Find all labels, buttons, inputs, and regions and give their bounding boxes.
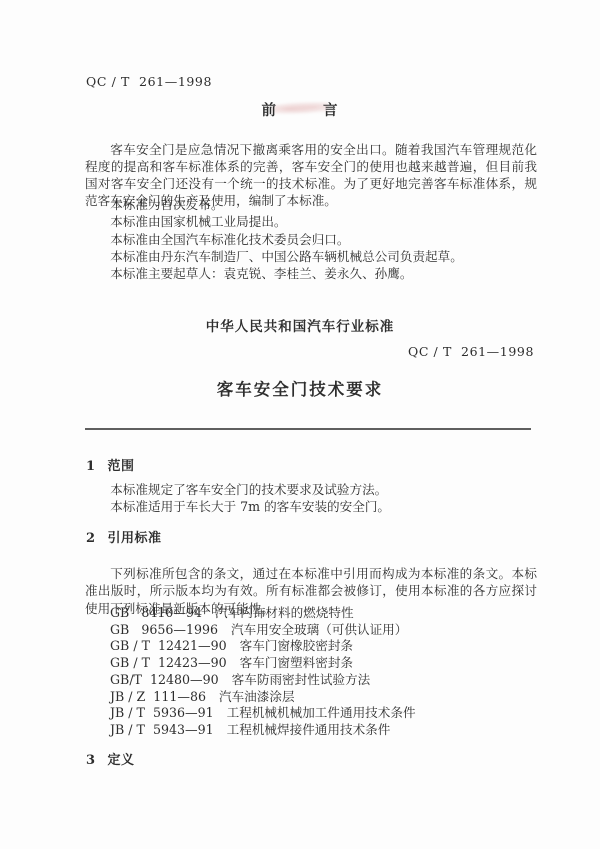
- section-number: 1: [86, 459, 96, 474]
- section-scope-body: 本标准规定了客车安全门的技术要求及试验方法。 本标准适用于车长大于 7m 的客车…: [85, 481, 537, 516]
- standard-org-title: 中华人民共和国汽车行业标准: [0, 315, 600, 335]
- standard-code: GB 8410—94: [110, 605, 202, 620]
- standard-code-right: QC / T 261—1998: [408, 344, 534, 359]
- foreword-title-char-left: 前: [262, 99, 278, 120]
- standard-code: JB / T 5936—91: [110, 705, 214, 720]
- document-page: QC / T 261—1998 前 言 客车安全门是应急情况下撤离乘客用的安全出…: [0, 0, 600, 849]
- standard-title: 汽车用安全玻璃（可供认证用）: [231, 622, 407, 637]
- foreword-statement: 本标准为首次发布。: [85, 196, 537, 213]
- foreword-statements: 本标准为首次发布。 本标准由国家机械工业局提出。 本标准由全国汽车标准化技术委员…: [85, 196, 537, 282]
- referenced-standard: JB / T 5936—91工程机械机械加工件通用技术条件: [110, 705, 540, 722]
- scope-line: 本标准适用于车长大于 7m 的客车安装的安全门。: [85, 498, 537, 515]
- foreword-title: 前 言: [0, 99, 600, 120]
- referenced-standard: GB / T 12423—90客车门窗塑料密封条: [110, 655, 540, 672]
- standard-code: GB/T 12480—90: [110, 672, 219, 687]
- title-divider-rule: [85, 428, 531, 430]
- section-number: 2: [86, 531, 96, 546]
- referenced-standard: GB/T 12480—90客车防雨密封性试验方法: [110, 672, 540, 689]
- standard-code: GB / T 12421—90: [110, 638, 227, 653]
- referenced-standard: JB / Z 111—86汽车油漆涂层: [110, 689, 540, 706]
- section-heading-references: 2引用标准: [86, 527, 162, 546]
- standard-title: 客车防雨密封性试验方法: [232, 672, 371, 687]
- section-title: 引用标准: [108, 531, 162, 546]
- section-heading-scope: 1范围: [86, 455, 135, 474]
- referenced-standard: JB / T 5943—91工程机械焊接件通用技术条件: [110, 722, 540, 739]
- referenced-standard: GB 8410—94汽车内饰材料的燃烧特性: [110, 605, 540, 622]
- section-number: 3: [86, 753, 96, 768]
- referenced-standard: GB 9656—1996汽车用安全玻璃（可供认证用）: [110, 622, 540, 639]
- foreword-statement: 本标准由全国汽车标准化技术委员会归口。: [85, 231, 537, 248]
- document-title: 客车安全门技术要求: [0, 376, 600, 400]
- standard-code: GB 9656—1996: [110, 622, 218, 637]
- section-heading-definitions: 3定义: [86, 749, 135, 768]
- standard-title: 工程机械机械加工件通用技术条件: [227, 705, 416, 720]
- standard-title: 客车门窗橡胶密封条: [240, 638, 353, 653]
- standard-code: JB / T 5943—91: [110, 722, 214, 737]
- standard-title: 工程机械焊接件通用技术条件: [227, 722, 391, 737]
- foreword-title-char-right: 言: [323, 99, 339, 120]
- section-title: 定义: [108, 753, 135, 768]
- scope-line: 本标准规定了客车安全门的技术要求及试验方法。: [85, 481, 537, 498]
- page-header-standard-code: QC / T 261—1998: [86, 74, 212, 89]
- standard-title: 汽车内饰材料的燃烧特性: [215, 605, 354, 620]
- referenced-standard: GB / T 12421—90客车门窗橡胶密封条: [110, 638, 540, 655]
- section-title: 范围: [108, 459, 135, 474]
- foreword-statement: 本标准主要起草人：袁克锐、李桂兰、姜永久、孙鹰。: [85, 265, 537, 282]
- foreword-statement: 本标准由丹东汽车制造厂、中国公路车辆机械总公司负责起草。: [85, 248, 537, 265]
- referenced-standards-list: GB 8410—94汽车内饰材料的燃烧特性 GB 9656—1996汽车用安全玻…: [110, 605, 540, 739]
- standard-code: JB / Z 111—86: [110, 689, 206, 704]
- foreword-statement: 本标准由国家机械工业局提出。: [85, 213, 537, 230]
- standard-title: 汽车油漆涂层: [219, 689, 295, 704]
- standard-title: 客车门窗塑料密封条: [240, 655, 353, 670]
- standard-code: GB / T 12423—90: [110, 655, 227, 670]
